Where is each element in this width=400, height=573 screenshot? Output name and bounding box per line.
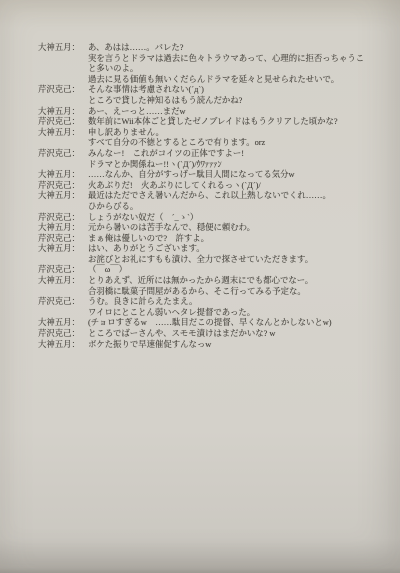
- message-text: ボケた振りで早速催促すんなっw: [88, 340, 211, 351]
- speaker-name: 大神五月：: [38, 107, 88, 118]
- chat-line: 実を言うとドラマは過去に色々トラウマあって、心理的に拒否っちゃうこ: [38, 54, 400, 65]
- chat-line: 芹沢克己：火あぶりだ! 火あぶりにしてくれるっヽ(`Д´)/: [38, 181, 400, 192]
- message-text: 申し訳ありません。: [88, 128, 164, 139]
- message-text: うむ。良きに計らえたまえ。: [88, 297, 197, 308]
- message-text: ひからびる。: [88, 202, 138, 213]
- speaker-name: 芹沢克己：: [38, 329, 88, 340]
- message-text: (チョロすぎるw ……駄目だこの提督、早くなんとかしないとw): [88, 318, 332, 329]
- speaker-name: 大神五月：: [38, 128, 88, 139]
- message-text: と多いのよ。: [88, 64, 138, 75]
- speaker-name: [38, 64, 88, 75]
- speaker-name: 大神五月：: [38, 223, 88, 234]
- speaker-name: 大神五月：: [38, 276, 88, 287]
- speaker-name: 芹沢克己：: [38, 213, 88, 224]
- chat-line: ワイロにとことん弱いヘタレ提督であった。: [38, 308, 400, 319]
- message-text: 実を言うとドラマは過去に色々トラウマあって、心理的に拒否っちゃうこ: [88, 54, 364, 65]
- chat-line: 大神五月：とりあえず、近所には無かったから週末にでも都心でなー。: [38, 276, 400, 287]
- speaker-name: 芹沢克己：: [38, 265, 88, 276]
- message-text: 火あぶりだ! 火あぶりにしてくれるっヽ(`Д´)/: [88, 181, 261, 192]
- speaker-name: 大神五月：: [38, 318, 88, 329]
- chat-line: 合羽橋に駄菓子問屋があるから、そこ行ってみる予定な。: [38, 287, 400, 298]
- message-text: そんな事情は考慮されない(´д`): [88, 85, 204, 96]
- chat-line: 芹沢克己：ところでばーさんや、スモモ漬けはまだかいな? w: [38, 329, 400, 340]
- chat-log: 大神五月：あ、あはは……。バレた?実を言うとドラマは過去に色々トラウマあって、心…: [0, 43, 400, 350]
- message-text: 合羽橋に駄菓子問屋があるから、そこ行ってみる予定な。: [88, 287, 306, 298]
- message-text: みんなー! これがコイツの正体ですよー!: [88, 149, 244, 160]
- chat-line: 芹沢克己：（￣ω￣）: [38, 265, 400, 276]
- message-text: ドラマとか関係ねー!!ヽ(`Д´)/ｳﾜｧｧｧﾝ: [88, 160, 222, 171]
- chat-line: 大神五月：あー、えーっと……まだw: [38, 107, 400, 118]
- message-text: まぁ俺は優しいので? 許すよ。: [88, 234, 209, 245]
- speaker-name: [38, 160, 88, 171]
- message-text: 最近はただでさえ暑いんだから、これ以上熱しないでくれ……。: [88, 191, 331, 202]
- message-text: 数年前にWii本体ごと貸したゼノブレイドはもうクリアした頃かな?: [88, 117, 338, 128]
- chat-line: ドラマとか関係ねー!!ヽ(`Д´)/ｳﾜｧｧｧﾝ: [38, 160, 400, 171]
- speaker-name: 芹沢克己：: [38, 149, 88, 160]
- speaker-name: 芹沢克己：: [38, 297, 88, 308]
- speaker-name: 大神五月：: [38, 43, 88, 54]
- speaker-name: [38, 202, 88, 213]
- chat-line: 大神五月：……なんか、自分がすっげー駄目人間になってる気分w: [38, 170, 400, 181]
- message-text: ワイロにとことん弱いヘタレ提督であった。: [88, 308, 255, 319]
- message-text: 過去に見る価値も無いくだらんドラマを延々と見せられたせいで。: [88, 75, 339, 86]
- chat-line: すべて自分の不徳とするところで有ります。orz: [38, 138, 400, 149]
- message-text: （￣ω￣）: [88, 265, 127, 276]
- message-text: はい、ありがとうございます。: [88, 244, 205, 255]
- chat-line: 大神五月：あ、あはは……。バレた?: [38, 43, 400, 54]
- chat-line: 芹沢克己：しょうがない奴だ（ ´_ゝ`）: [38, 213, 400, 224]
- speaker-name: [38, 308, 88, 319]
- message-text: お詫びとお礼にすもも漬け、全力で探させていただきます。: [88, 255, 313, 266]
- chat-line: お詫びとお礼にすもも漬け、全力で探させていただきます。: [38, 255, 400, 266]
- speaker-name: 芹沢克己：: [38, 117, 88, 128]
- speaker-name: [38, 255, 88, 266]
- chat-line: 大神五月：(チョロすぎるw ……駄目だこの提督、早くなんとかしないとw): [38, 318, 400, 329]
- chat-line: 芹沢克己：うむ。良きに計らえたまえ。: [38, 297, 400, 308]
- message-text: とりあえず、近所には無かったから週末にでも都心でなー。: [88, 276, 313, 287]
- speaker-name: [38, 287, 88, 298]
- chat-line: 大神五月：ボケた振りで早速催促すんなっw: [38, 340, 400, 351]
- chat-line: 大神五月：最近はただでさえ暑いんだから、これ以上熱しないでくれ……。: [38, 191, 400, 202]
- message-text: あー、えーっと……まだw: [88, 107, 186, 118]
- speaker-name: 大神五月：: [38, 340, 88, 351]
- chat-line: 芹沢克己：みんなー! これがコイツの正体ですよー!: [38, 149, 400, 160]
- speaker-name: [38, 138, 88, 149]
- chat-line: 大神五月：元から暑いのは苦手なんで、穏便に頼むわ。: [38, 223, 400, 234]
- chat-line: 大神五月：はい、ありがとうございます。: [38, 244, 400, 255]
- chat-line: 芹沢克己：数年前にWii本体ごと貸したゼノブレイドはもうクリアした頃かな?: [38, 117, 400, 128]
- chat-line: 芹沢克己：そんな事情は考慮されない(´д`): [38, 85, 400, 96]
- message-text: しょうがない奴だ（ ´_ゝ`）: [88, 213, 198, 224]
- message-text: 元から暑いのは苦手なんで、穏便に頼むわ。: [88, 223, 255, 234]
- speaker-name: [38, 75, 88, 86]
- speaker-name: 芹沢克己：: [38, 181, 88, 192]
- message-text: ところでばーさんや、スモモ漬けはまだかいな? w: [88, 329, 275, 340]
- chat-line: ひからびる。: [38, 202, 400, 213]
- message-text: あ、あはは……。バレた?: [88, 43, 184, 54]
- speaker-name: 芹沢克己：: [38, 85, 88, 96]
- chat-line: と多いのよ。: [38, 64, 400, 75]
- speaker-name: 大神五月：: [38, 244, 88, 255]
- speaker-name: [38, 96, 88, 107]
- chat-line: 芹沢克己：まぁ俺は優しいので? 許すよ。: [38, 234, 400, 245]
- scanned-page: 大神五月：あ、あはは……。バレた?実を言うとドラマは過去に色々トラウマあって、心…: [0, 0, 400, 573]
- message-text: ところで貸した神知るはもう読んだかね?: [88, 96, 242, 107]
- speaker-name: 大神五月：: [38, 170, 88, 181]
- speaker-name: [38, 54, 88, 65]
- chat-line: 大神五月：申し訳ありません。: [38, 128, 400, 139]
- chat-line: 過去に見る価値も無いくだらんドラマを延々と見せられたせいで。: [38, 75, 400, 86]
- speaker-name: 芹沢克己：: [38, 234, 88, 245]
- message-text: すべて自分の不徳とするところで有ります。orz: [88, 138, 265, 149]
- message-text: ……なんか、自分がすっげー駄目人間になってる気分w: [88, 170, 295, 181]
- chat-line: ところで貸した神知るはもう読んだかね?: [38, 96, 400, 107]
- speaker-name: 大神五月：: [38, 191, 88, 202]
